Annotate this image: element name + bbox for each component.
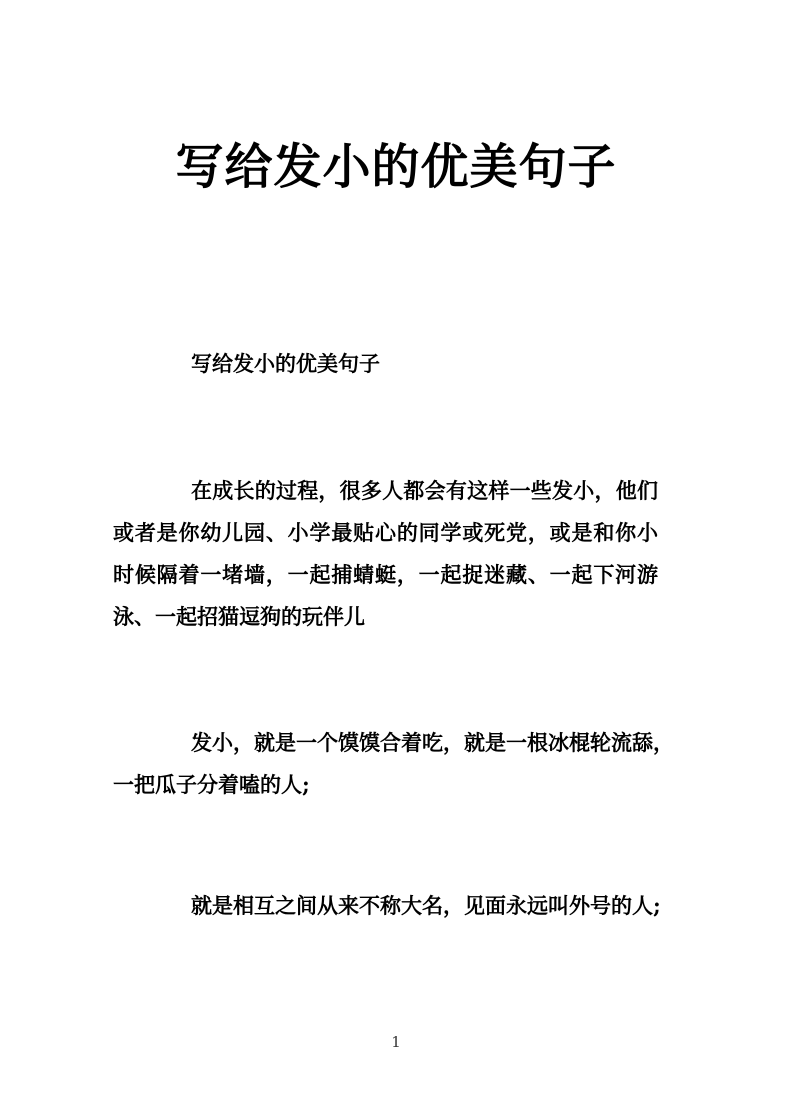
paragraph-2: 发小，就是一个馍馍合着吃，就是一根冰棍轮流舔， 一把瓜子分着嗑的人; (113, 722, 658, 806)
text-line: 就是相互之间从来不称大名，见面永远叫外号的人; (113, 885, 658, 927)
page-number: 1 (0, 1032, 792, 1052)
text-line: 或者是你幼儿园、小学最贴心的同学或死党，或是和你小 (113, 512, 658, 554)
text-line: 在成长的过程，很多人都会有这样一些发小，他们 (113, 470, 658, 512)
text-line: 时候隔着一堵墙，一起捕蜻蜓，一起捉迷藏、一起下河游 (113, 554, 658, 596)
text-line: 一把瓜子分着嗑的人; (113, 764, 658, 806)
text-line: 发小，就是一个馍馍合着吃，就是一根冰棍轮流舔， (113, 722, 658, 764)
document-page: 写给发小的优美句子 写给发小的优美句子 在成长的过程，很多人都会有这样一些发小，… (0, 0, 792, 1120)
document-title: 写给发小的优美句子 (0, 138, 792, 196)
paragraph-1: 在成长的过程，很多人都会有这样一些发小，他们 或者是你幼儿园、小学最贴心的同学或… (113, 470, 658, 638)
text-line: 泳、一起招猫逗狗的玩伴儿 (113, 596, 658, 638)
document-subheading: 写给发小的优美句子 (191, 350, 380, 378)
paragraph-3: 就是相互之间从来不称大名，见面永远叫外号的人; (113, 885, 658, 927)
